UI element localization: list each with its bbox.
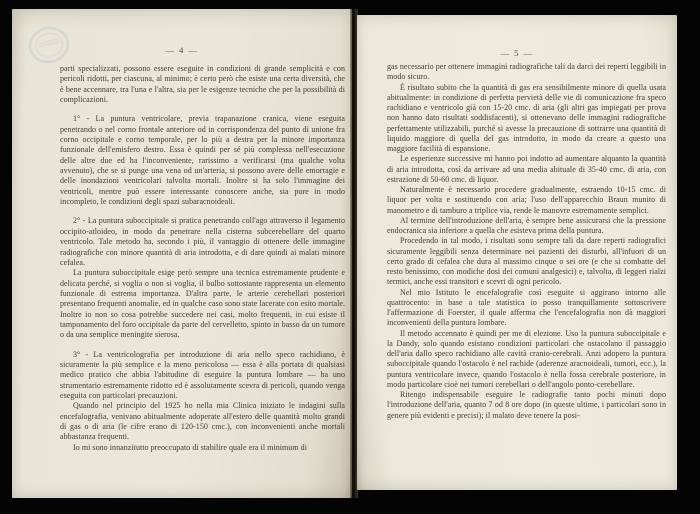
paragraph: Procedendo in tal modo, i risultati sono… <box>387 236 666 287</box>
right-page-text: gas necessario per ottenere immagini rad… <box>387 62 666 421</box>
paragraph: Quando nel principio del 1925 ho nella m… <box>60 401 345 442</box>
right-page-number: — 5 — <box>357 48 677 58</box>
paragraph: La puntura suboccipitale esige però semp… <box>60 268 345 340</box>
paragraph: Nel mio Istituto le encefalografie così … <box>387 288 666 329</box>
right-page: — 5 — gas necessario per ottenere immagi… <box>357 15 677 490</box>
paragraph: È risultato subito che la quantità di ga… <box>387 83 666 155</box>
paragraph: Al termine dell'introduzione dell'aria, … <box>387 216 666 237</box>
paragraph: Ritengo indispensabile eseguire le radio… <box>387 390 666 421</box>
paragraph: Naturalmente è necessario procedere grad… <box>387 185 666 216</box>
paragraph: Il metodo accennato è quindi per me di e… <box>387 329 666 391</box>
paragraph: 3° - La ventricolografia per introduzion… <box>60 350 345 402</box>
paragraph: 2° - La puntura suboccipitale si pratica… <box>60 216 345 268</box>
left-page-number: — 4 — <box>12 45 352 55</box>
paragraph: Le esperienze successive mi hanno poi in… <box>387 154 666 185</box>
left-page-text: parti specializzati, possono essere eseg… <box>60 64 345 453</box>
left-page: — 4 — parti specializzati, possono esser… <box>12 9 352 498</box>
paragraph: parti specializzati, possono essere eseg… <box>60 64 345 105</box>
paragraph: Io mi sono innanzitutto preoccupato di s… <box>60 443 345 453</box>
book-scan: — 4 — parti specializzati, possono esser… <box>0 0 700 514</box>
paragraph: gas necessario per ottenere immagini rad… <box>387 62 666 83</box>
paragraph: 1° - La puntura ventricolare, previa tra… <box>60 114 345 207</box>
